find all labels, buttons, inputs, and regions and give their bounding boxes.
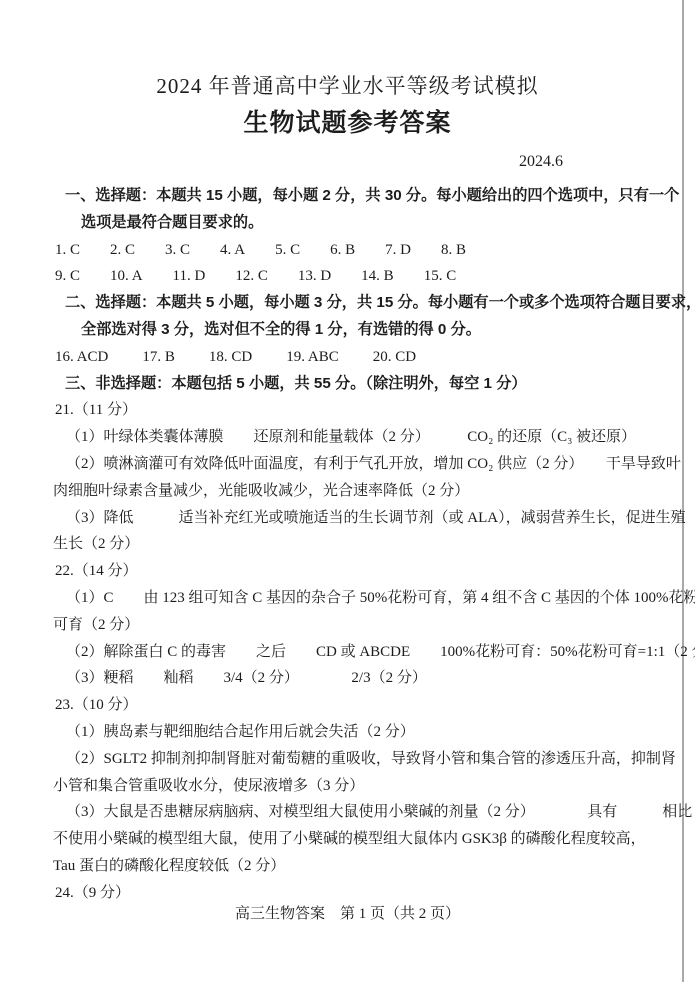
answer-item: 4. A (220, 237, 245, 264)
page-footer: 高三生物答案 第 1 页（共 2 页） (0, 903, 695, 925)
section2-heading-line1: 二、选择题：本题共 5 小题，每小题 3 分，共 15 分。每小题有一个或多个选… (0, 290, 695, 317)
answer-item: 1. C (55, 237, 80, 264)
exam-date: 2024.6 (0, 150, 563, 174)
q22-number: 22.（14 分） (0, 558, 695, 585)
q21-answer-1: （1）叶绿体类囊体薄膜 还原剂和能量载体（2 分） CO₂ 的还原（C₃ 被还原… (0, 424, 695, 451)
q22-answer-2: （2）解除蛋白 C 的毒害 之后 CD 或 ABCDE 100%花粉可育：50%… (0, 639, 695, 666)
q23-number: 23.（10 分） (0, 692, 695, 719)
q21-answer-2-line2: 肉细胞叶绿素含量减少，光能吸收减少，光合速率降低（2 分） (0, 478, 695, 505)
answer-key-title: 生物试题参考答案 (0, 104, 695, 142)
q21-answer-3-line1: （3）降低 适当补充红光或喷施适当的生长调节剂（或 ALA），减弱营养生长，促进… (0, 505, 695, 532)
answer-item: 9. C (55, 263, 80, 290)
answers-1-8: 1. C 2. C 3. C 4. A 5. C 6. B 7. D 8. B (0, 237, 695, 264)
q23-answer-2-line1: （2）SGLT2 抑制剂抑制肾脏对葡萄糖的重吸收，导致肾小管和集合管的渗透压升高… (0, 746, 695, 773)
q22-answer-1-line2: 可育（2 分） (0, 612, 695, 639)
answer-item: 19. ABC (286, 344, 339, 371)
answer-item: 17. B (142, 344, 175, 371)
q22-answer-1-line1: （1）C 由 123 组可知含 C 基因的杂合子 50%花粉可育，第 4 组不含… (0, 585, 695, 612)
answer-item: 10. A (110, 263, 143, 290)
answer-item: 11. D (173, 263, 206, 290)
exam-title: 2024 年普通高中学业水平等级考试模拟 (0, 72, 695, 100)
q21-answer-3-line2: 生长（2 分） (0, 531, 695, 558)
q21-number: 21.（11 分） (0, 397, 695, 424)
answer-item: 13. D (298, 263, 331, 290)
q23-answer-3-line1: （3）大鼠是否患糖尿病脑病、对模型组大鼠使用小檗碱的剂量（2 分） 具有 相比 (0, 799, 695, 826)
document-body: 一、选择题：本题共 15 小题，每小题 2 分，共 30 分。每小题给出的四个选… (0, 183, 695, 907)
answer-item: 6. B (330, 237, 355, 264)
answers-16-20: 16. ACD 17. B 18. CD 19. ABC 20. CD (0, 344, 695, 371)
answer-item: 7. D (385, 237, 411, 264)
answer-item: 15. C (424, 263, 457, 290)
q21-answer-2-line1: （2）喷淋滴灌可有效降低叶面温度，有利于气孔开放，增加 CO₂ 供应（2 分） … (0, 451, 695, 478)
answer-item: 5. C (275, 237, 300, 264)
answer-item: 3. C (165, 237, 190, 264)
q23-answer-3-line2: 不使用小檗碱的模型组大鼠，使用了小檗碱的模型组大鼠体内 GSK3β 的磷酸化程度… (0, 826, 695, 853)
section1-heading-line2: 选项是最符合题目要求的。 (0, 210, 695, 237)
section1-heading-line1: 一、选择题：本题共 15 小题，每小题 2 分，共 30 分。每小题给出的四个选… (0, 183, 695, 210)
answer-item: 8. B (441, 237, 466, 264)
answers-9-15: 9. C 10. A 11. D 12. C 13. D 14. B 15. C (0, 263, 695, 290)
q23-answer-1: （1）胰岛素与靶细胞结合起作用后就会失活（2 分） (0, 719, 695, 746)
q23-answer-2-line2: 小管和集合管重吸收水分，使尿液增多（3 分） (0, 773, 695, 800)
section2-heading-line2: 全部选对得 3 分，选对但不全的得 1 分，有选错的得 0 分。 (0, 317, 695, 344)
answer-item: 12. C (235, 263, 268, 290)
answer-item: 20. CD (373, 344, 416, 371)
q23-answer-3-line3: Tau 蛋白的磷酸化程度较低（2 分） (0, 853, 695, 880)
answer-item: 16. ACD (55, 344, 108, 371)
answer-key-page: 2024 年普通高中学业水平等级考试模拟 生物试题参考答案 2024.6 一、选… (0, 0, 695, 982)
q22-answer-3: （3）粳稻 籼稻 3/4（2 分） 2/3（2 分） (0, 665, 695, 692)
section3-heading: 三、非选择题：本题包括 5 小题，共 55 分。（除注明外，每空 1 分） (0, 371, 695, 398)
answer-item: 18. CD (209, 344, 252, 371)
answer-item: 14. B (361, 263, 394, 290)
answer-item: 2. C (110, 237, 135, 264)
